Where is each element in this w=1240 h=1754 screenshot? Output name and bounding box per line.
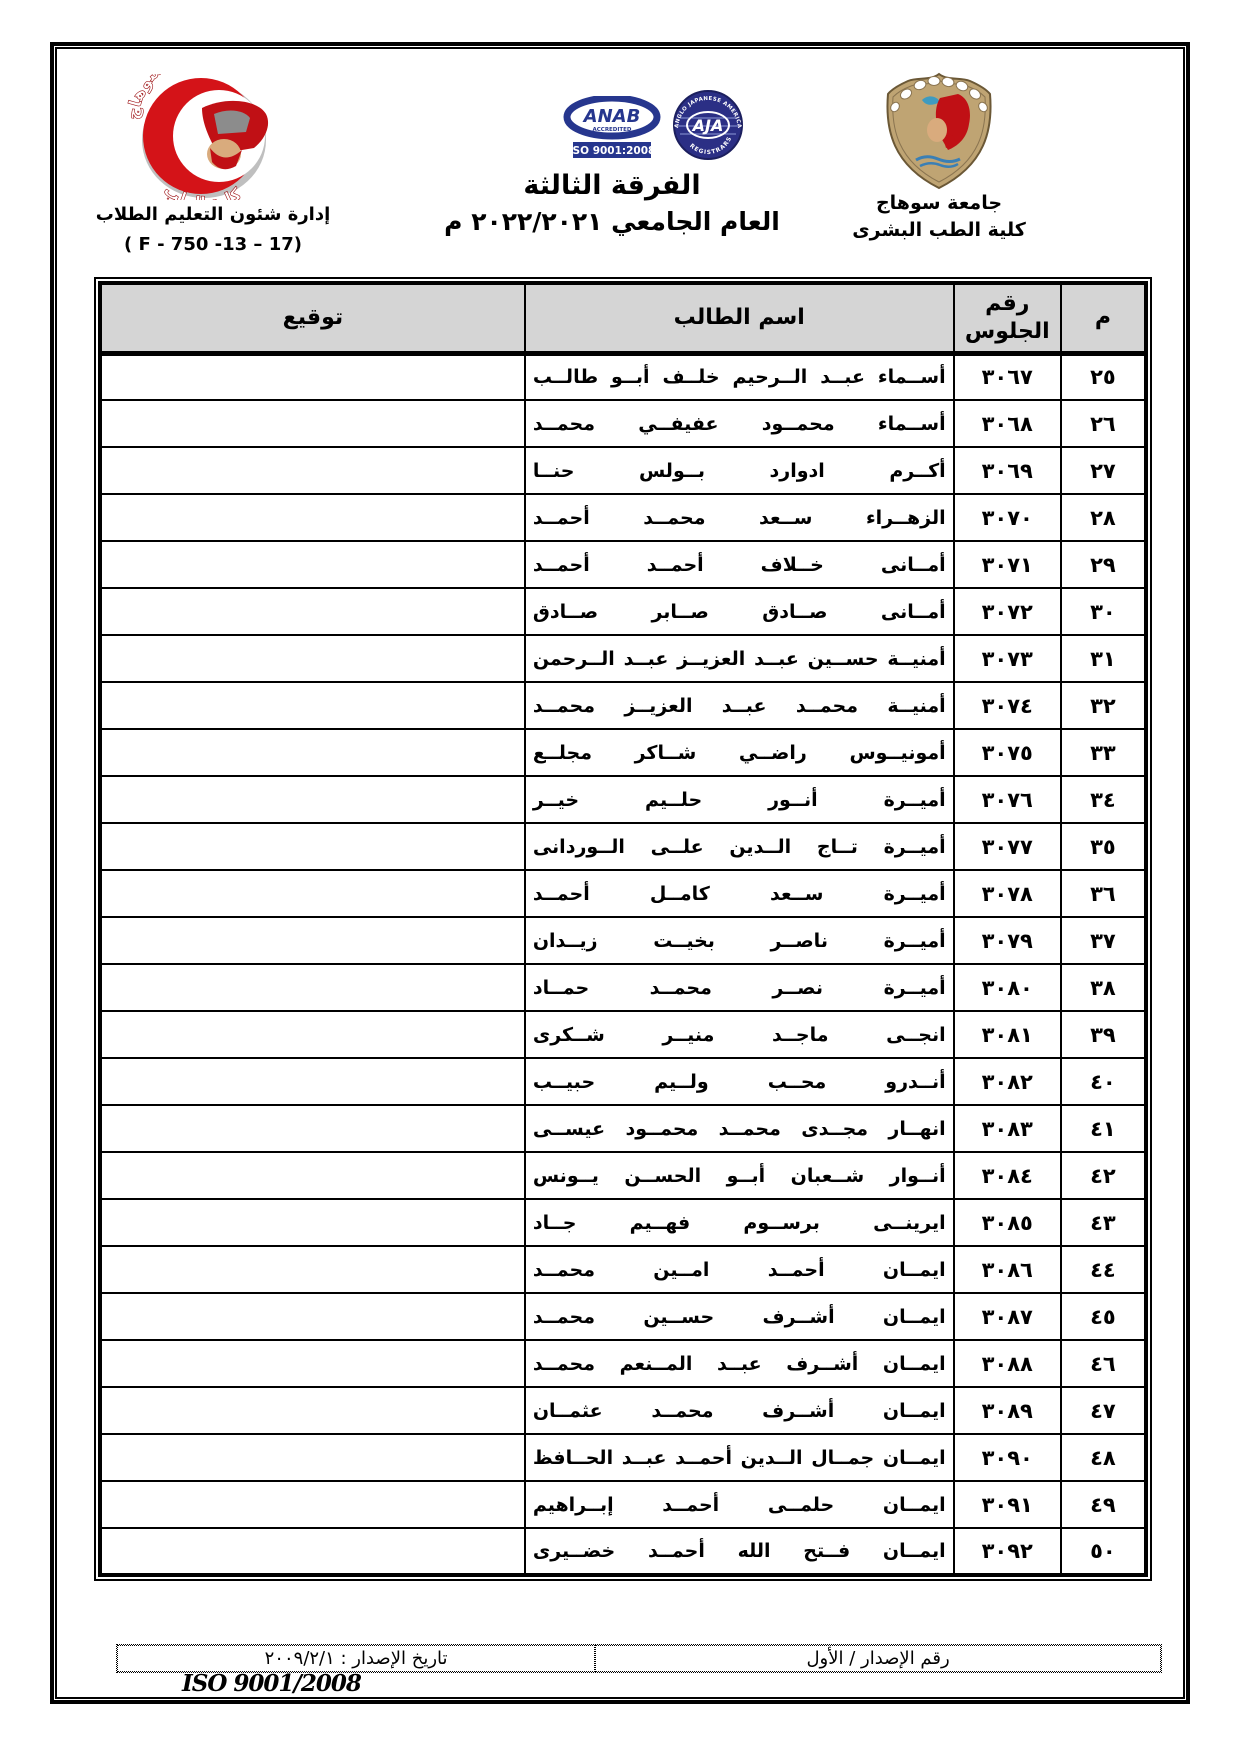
seat-number-cell: ٣٠٧٢ <box>954 588 1061 635</box>
seat-number-cell: ٣٠٨٧ <box>954 1293 1061 1340</box>
student-index-cell: ٤٥ <box>1061 1293 1146 1340</box>
student-row: ٢٦٣٠٦٨أســماء محمــود عفيفــي محمــد <box>100 400 1146 447</box>
seat-number-cell: ٣٠٧٩ <box>954 917 1061 964</box>
signature-cell <box>100 1011 525 1058</box>
seat-number-cell: ٣٠٧٥ <box>954 729 1061 776</box>
seat-number-cell: ٣٠٧٠ <box>954 494 1061 541</box>
iso-certification-label: ISO 9001/2008 <box>182 1670 361 1697</box>
student-row: ٤٣٣٠٨٥ايرينــى برســوم فهــيم جــاد <box>100 1199 1146 1246</box>
seat-number-cell: ٣٠٧٧ <box>954 823 1061 870</box>
seat-number-cell: ٣٠٨٤ <box>954 1152 1061 1199</box>
student-index-cell: ٤٣ <box>1061 1199 1146 1246</box>
seat-number-cell: ٣٠٨١ <box>954 1011 1061 1058</box>
signature-cell <box>100 447 525 494</box>
student-index-cell: ٣٣ <box>1061 729 1146 776</box>
seat-number-cell: ٣٠٧٤ <box>954 682 1061 729</box>
grade-title: الفرقة الثالثة <box>462 170 762 201</box>
student-name-cell: ايرينــى برســوم فهــيم جــاد <box>525 1199 954 1246</box>
student-index-cell: ٤٦ <box>1061 1340 1146 1387</box>
student-name-cell: ايمــان فــتح الله أحمــد خضــيرى <box>525 1528 954 1575</box>
student-row: ٤١٣٠٨٣انهــار مجــدى محمــد محمــود عيسـ… <box>100 1105 1146 1152</box>
seat-number-cell: ٣٠٨٠ <box>954 964 1061 1011</box>
student-row: ٤٢٣٠٨٤أنــوار شــعبان أبــو الحســن يــو… <box>100 1152 1146 1199</box>
student-name-cell: ايمــان حلمــى أحمــد إبــراهيم <box>525 1481 954 1528</box>
student-name-cell: ايمــان أشــرف محمــد عثمــان <box>525 1387 954 1434</box>
student-row: ٤٦٣٠٨٨ايمــان أشــرف عبــد المــنعم محمـ… <box>100 1340 1146 1387</box>
student-name-cell: أميــرة أنــور حلــيم خيــر <box>525 776 954 823</box>
signature-cell <box>100 1152 525 1199</box>
student-name-cell: أمنيــة حســين عبــد العزيــز عبــد الــ… <box>525 635 954 682</box>
student-row: ٥٠٣٠٩٢ايمــان فــتح الله أحمــد خضــيرى <box>100 1528 1146 1575</box>
student-row: ٢٧٣٠٦٩أكــرم ادوارد بــولس حنــا <box>100 447 1146 494</box>
signature-cell <box>100 1528 525 1575</box>
student-index-cell: ٢٦ <box>1061 400 1146 447</box>
page-frame: جامعة سوهاج كلية الطب إدارة شئون التعليم… <box>50 42 1190 1704</box>
student-index-cell: ٢٩ <box>1061 541 1146 588</box>
student-name-cell: أميــرة تــاج الــدين علــى الــوردانى <box>525 823 954 870</box>
student-name-cell: أميــرة ســعد كامــل أحمــد <box>525 870 954 917</box>
student-row: ٣٧٣٠٧٩أميــرة ناصــر بخيــت زيــدان <box>100 917 1146 964</box>
student-name-cell: أمونيــوس راضــي شــاكر مجلــع <box>525 729 954 776</box>
student-index-cell: ٣٠ <box>1061 588 1146 635</box>
column-header-student-name: اسم الطالب <box>525 283 954 353</box>
signature-cell <box>100 1481 525 1528</box>
signature-cell <box>100 1105 525 1152</box>
footer-issue-bar: رقم الإصدار / الأول تاريخ الإصدار : ٢٠٠٩… <box>116 1644 1162 1673</box>
student-table-body: ٢٥٣٠٦٧أســماء عبــد الــرحيم خلــف أبــو… <box>100 353 1146 1575</box>
signature-cell <box>100 1058 525 1105</box>
student-name-cell: ايمــان جمــال الــدين أحمــد عبــد الحـ… <box>525 1434 954 1481</box>
admin-office-label: إدارة شئون التعليم الطلاب <box>68 204 358 225</box>
faculty-name: كلية الطب البشرى <box>837 219 1041 241</box>
student-index-cell: ٢٥ <box>1061 353 1146 400</box>
student-name-cell: أســماء عبــد الــرحيم خلــف أبــو طالــ… <box>525 353 954 400</box>
signature-cell <box>100 917 525 964</box>
student-index-cell: ٤٠ <box>1061 1058 1146 1105</box>
student-row: ٢٩٣٠٧١أمــانى خــلاف أحمــد أحمــد <box>100 541 1146 588</box>
student-index-cell: ٤٤ <box>1061 1246 1146 1293</box>
student-roster-table: م رقم الجلوس اسم الطالب توقيع ٢٥٣٠٦٧أســ… <box>98 281 1148 1577</box>
signature-cell <box>100 1340 525 1387</box>
student-index-cell: ٤٩ <box>1061 1481 1146 1528</box>
seat-number-cell: ٣٠٧٦ <box>954 776 1061 823</box>
document-page: جامعة سوهاج كلية الطب إدارة شئون التعليم… <box>0 0 1240 1754</box>
student-row: ٤٧٣٠٨٩ايمــان أشــرف محمــد عثمــان <box>100 1387 1146 1434</box>
student-row: ٣٢٣٠٧٤أمنيــة محمــد عبــد العزيــز محمـ… <box>100 682 1146 729</box>
seat-number-cell: ٣٠٧٣ <box>954 635 1061 682</box>
anab-wordmark: ANAB <box>582 106 641 127</box>
student-row: ٤٥٣٠٨٧ايمــان أشــرف حســين محمــد <box>100 1293 1146 1340</box>
signature-cell <box>100 400 525 447</box>
student-index-cell: ٣٧ <box>1061 917 1146 964</box>
student-row: ٣٨٣٠٨٠أميــرة نصــر محمــد حمــاد <box>100 964 1146 1011</box>
signature-cell <box>100 353 525 400</box>
student-name-cell: ايمــان أشــرف عبــد المــنعم محمــد <box>525 1340 954 1387</box>
issue-number-cell: رقم الإصدار / الأول <box>595 1645 1161 1672</box>
student-row: ٣١٣٠٧٣أمنيــة حســين عبــد العزيــز عبــ… <box>100 635 1146 682</box>
student-row: ٤٨٣٠٩٠ايمــان جمــال الــدين أحمــد عبــ… <box>100 1434 1146 1481</box>
student-row: ٣٠٣٠٧٢أمــانى صــادق صــابر صــادق <box>100 588 1146 635</box>
student-row: ٤٩٣٠٩١ايمــان حلمــى أحمــد إبــراهيم <box>100 1481 1146 1528</box>
anab-iso-banner: ISO 9001:2008 <box>569 145 656 157</box>
student-row: ٣٩٣٠٨١انجــى ماجــد منيــر شــكرى <box>100 1011 1146 1058</box>
student-name-cell: أســماء محمــود عفيفــي محمــد <box>525 400 954 447</box>
column-header-signature: توقيع <box>100 283 525 353</box>
seat-number-cell: ٣٠٨٣ <box>954 1105 1061 1152</box>
seat-number-cell: ٣٠٨٦ <box>954 1246 1061 1293</box>
column-header-seat-number: رقم الجلوس <box>954 283 1061 353</box>
issue-date-cell: تاريخ الإصدار : ٢٠٠٩/٢/١ <box>117 1645 595 1672</box>
seat-number-cell: ٣٠٨٩ <box>954 1387 1061 1434</box>
signature-cell <box>100 541 525 588</box>
seat-number-cell: ٣٠٩٠ <box>954 1434 1061 1481</box>
student-row: ٤٤٣٠٨٦ايمــان أحمــد امــين محمــد <box>100 1246 1146 1293</box>
signature-cell <box>100 1293 525 1340</box>
student-index-cell: ٢٨ <box>1061 494 1146 541</box>
signature-cell <box>100 823 525 870</box>
signature-cell <box>100 588 525 635</box>
form-code-label: ( F - 750 -13 – 17) <box>68 234 358 255</box>
student-name-cell: أنــوار شــعبان أبــو الحســن يــونس <box>525 1152 954 1199</box>
student-row: ٣٦٣٠٧٨أميــرة ســعد كامــل أحمــد <box>100 870 1146 917</box>
signature-cell <box>100 964 525 1011</box>
signature-cell <box>100 1434 525 1481</box>
student-name-cell: انهــار مجــدى محمــد محمــود عيســى <box>525 1105 954 1152</box>
student-index-cell: ٤٨ <box>1061 1434 1146 1481</box>
seat-number-cell: ٣٠٩٢ <box>954 1528 1061 1575</box>
student-roster-table-wrapper: م رقم الجلوس اسم الطالب توقيع ٢٥٣٠٦٧أســ… <box>94 277 1152 1581</box>
faculty-crescent-logo-icon: جامعة سوهاج كلية الطب <box>106 74 318 200</box>
signature-cell <box>100 1387 525 1434</box>
student-name-cell: أمــانى خــلاف أحمــد أحمــد <box>525 541 954 588</box>
seat-number-cell: ٣٠٦٧ <box>954 353 1061 400</box>
table-header-row: م رقم الجلوس اسم الطالب توقيع <box>100 283 1146 353</box>
seat-number-cell: ٣٠٨٥ <box>954 1199 1061 1246</box>
anab-accredited-text: ACCREDITED <box>592 127 631 133</box>
signature-cell <box>100 776 525 823</box>
student-name-cell: ايمــان أشــرف حســين محمــد <box>525 1293 954 1340</box>
aja-registrars-icon: AJA ANGLO JAPANESE AMERICAN REGISTRARS <box>670 90 746 160</box>
student-index-cell: ٥٠ <box>1061 1528 1146 1575</box>
student-index-cell: ٤٢ <box>1061 1152 1146 1199</box>
student-name-cell: أميــرة نصــر محمــد حمــاد <box>525 964 954 1011</box>
student-row: ٣٥٣٠٧٧أميــرة تــاج الــدين علــى الــور… <box>100 823 1146 870</box>
student-index-cell: ٤١ <box>1061 1105 1146 1152</box>
student-index-cell: ٣٩ <box>1061 1011 1146 1058</box>
seat-number-cell: ٣٠٧٨ <box>954 870 1061 917</box>
aja-wordmark: AJA <box>691 116 724 135</box>
student-index-cell: ٣٥ <box>1061 823 1146 870</box>
student-row: ٣٤٣٠٧٦أميــرة أنــور حلــيم خيــر <box>100 776 1146 823</box>
student-name-cell: ايمــان أحمــد امــين محمــد <box>525 1246 954 1293</box>
signature-cell <box>100 1199 525 1246</box>
student-name-cell: أميــرة ناصــر بخيــت زيــدان <box>525 917 954 964</box>
signature-cell <box>100 870 525 917</box>
university-shield-icon <box>882 72 996 190</box>
seat-number-cell: ٣٠٧١ <box>954 541 1061 588</box>
student-name-cell: أمنيــة محمــد عبــد العزيــز محمــد <box>525 682 954 729</box>
student-name-cell: الزهــراء ســعد محمــد أحمــد <box>525 494 954 541</box>
student-index-cell: ٣٢ <box>1061 682 1146 729</box>
signature-cell <box>100 1246 525 1293</box>
student-name-cell: أمــانى صــادق صــابر صــادق <box>525 588 954 635</box>
student-row: ٢٥٣٠٦٧أســماء عبــد الــرحيم خلــف أبــو… <box>100 353 1146 400</box>
student-name-cell: أنــدرو محــب ولــيم حبيــب <box>525 1058 954 1105</box>
student-index-cell: ٤٧ <box>1061 1387 1146 1434</box>
seat-number-cell: ٣٠٦٩ <box>954 447 1061 494</box>
seat-number-cell: ٣٠٨٢ <box>954 1058 1061 1105</box>
student-row: ٤٠٣٠٨٢أنــدرو محــب ولــيم حبيــب <box>100 1058 1146 1105</box>
student-index-cell: ٣٦ <box>1061 870 1146 917</box>
seat-number-cell: ٣٠٩١ <box>954 1481 1061 1528</box>
anab-accreditation-icon: ANAB ACCREDITED ISO 9001:2008 <box>562 96 662 160</box>
student-name-cell: انجــى ماجــد منيــر شــكرى <box>525 1011 954 1058</box>
signature-cell <box>100 682 525 729</box>
signature-cell <box>100 494 525 541</box>
student-name-cell: أكــرم ادوارد بــولس حنــا <box>525 447 954 494</box>
student-index-cell: ٣١ <box>1061 635 1146 682</box>
student-index-cell: ٣٤ <box>1061 776 1146 823</box>
column-header-index: م <box>1061 283 1146 353</box>
seat-number-cell: ٣٠٨٨ <box>954 1340 1061 1387</box>
signature-cell <box>100 635 525 682</box>
student-index-cell: ٣٨ <box>1061 964 1146 1011</box>
signature-cell <box>100 729 525 776</box>
student-index-cell: ٢٧ <box>1061 447 1146 494</box>
student-row: ٣٣٣٠٧٥أمونيــوس راضــي شــاكر مجلــع <box>100 729 1146 776</box>
student-row: ٢٨٣٠٧٠الزهــراء ســعد محمــد أحمــد <box>100 494 1146 541</box>
seat-number-cell: ٣٠٦٨ <box>954 400 1061 447</box>
academic-year-title: العام الجامعي ٢٠٢٢/٢٠٢١ م <box>432 207 792 236</box>
university-name: جامعة سوهاج <box>837 192 1041 214</box>
